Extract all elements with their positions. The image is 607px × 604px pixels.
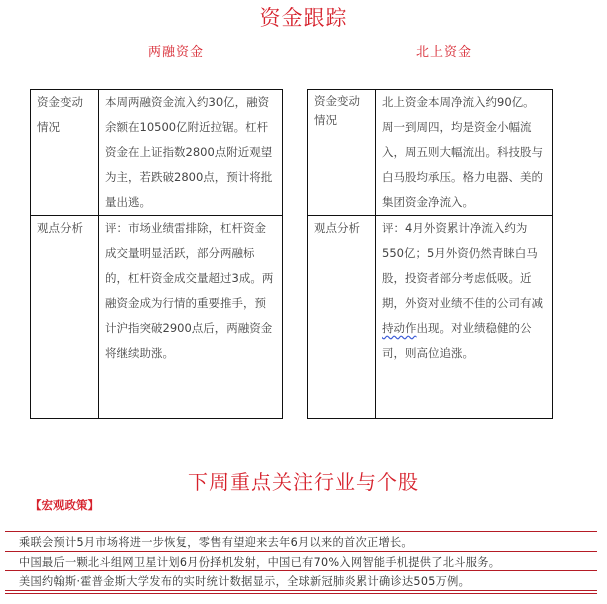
table-row: 观点分析 评：市场业绩雷排除，杠杆资金成交量明显活跃，部分两融标的，杠杆资金成交…: [31, 216, 283, 419]
divider: [5, 590, 597, 591]
page-title: 资金跟踪: [0, 2, 607, 32]
section-title: 下周重点关注行业与个股: [0, 466, 607, 495]
news-item: 乘联会预计5月市场将进一步恢复，零售有望迎来去年6月以来的首次正增长。: [19, 534, 413, 550]
table-row: 观点分析 评：4月外资累计净流入约为550亿；5月外资仍然青睐白马股，投资者部分…: [308, 216, 553, 419]
divider: [5, 531, 597, 532]
divider: [5, 570, 597, 571]
row-text-fund-change: 北上资金本周净流入约90亿。周一到周四，均是资金小幅流入，周五则大幅流出。科技股…: [376, 90, 553, 216]
northbound-table: 资金变动情况 北上资金本周净流入约90亿。周一到周四，均是资金小幅流入，周五则大…: [307, 89, 553, 419]
margin-financing-heading: 两融资金: [148, 41, 204, 60]
spellcheck-flagged-text[interactable]: 持动作: [382, 321, 417, 335]
analysis-text-part: 评：4月外资累计净流入约为550亿；5月外资仍然青睐白马股，投资者部分考虑低吸。…: [382, 221, 543, 310]
macro-policy-tag: 【宏观政策】: [30, 497, 99, 513]
row-text-analysis: 评：市场业绩雷排除，杠杆资金成交量明显活跃，部分两融标的，杠杆资金成交量超过3成…: [99, 216, 283, 419]
row-label-fund-change: 资金变动情况: [31, 90, 99, 216]
row-text-analysis: 评：4月外资累计净流入约为550亿；5月外资仍然青睐白马股，投资者部分考虑低吸。…: [376, 216, 553, 419]
row-label-analysis: 观点分析: [308, 216, 376, 419]
row-label-fund-change: 资金变动情况: [308, 90, 376, 216]
row-label-analysis: 观点分析: [31, 216, 99, 419]
margin-financing-table: 资金变动情况 本周两融资金流入约30亿，融资余额在10500亿附近拉锯。杠杆资金…: [30, 89, 283, 419]
table-row: 资金变动情况 北上资金本周净流入约90亿。周一到周四，均是资金小幅流入，周五则大…: [308, 90, 553, 216]
divider: [5, 593, 597, 594]
news-item: 美国约翰斯·霍普金斯大学发布的实时统计数据显示，全球新冠肺炎累计确诊达505万例…: [19, 573, 470, 589]
divider: [5, 551, 597, 552]
row-text-fund-change: 本周两融资金流入约30亿，融资余额在10500亿附近拉锯。杠杆资金在上证指数28…: [99, 90, 283, 216]
table-row: 资金变动情况 本周两融资金流入约30亿，融资余额在10500亿附近拉锯。杠杆资金…: [31, 90, 283, 216]
northbound-heading: 北上资金: [416, 41, 472, 60]
news-item: 中国最后一颗北斗组网卫星计划6月份择机发射，中国已有70%入网智能手机提供了北斗…: [19, 554, 500, 570]
